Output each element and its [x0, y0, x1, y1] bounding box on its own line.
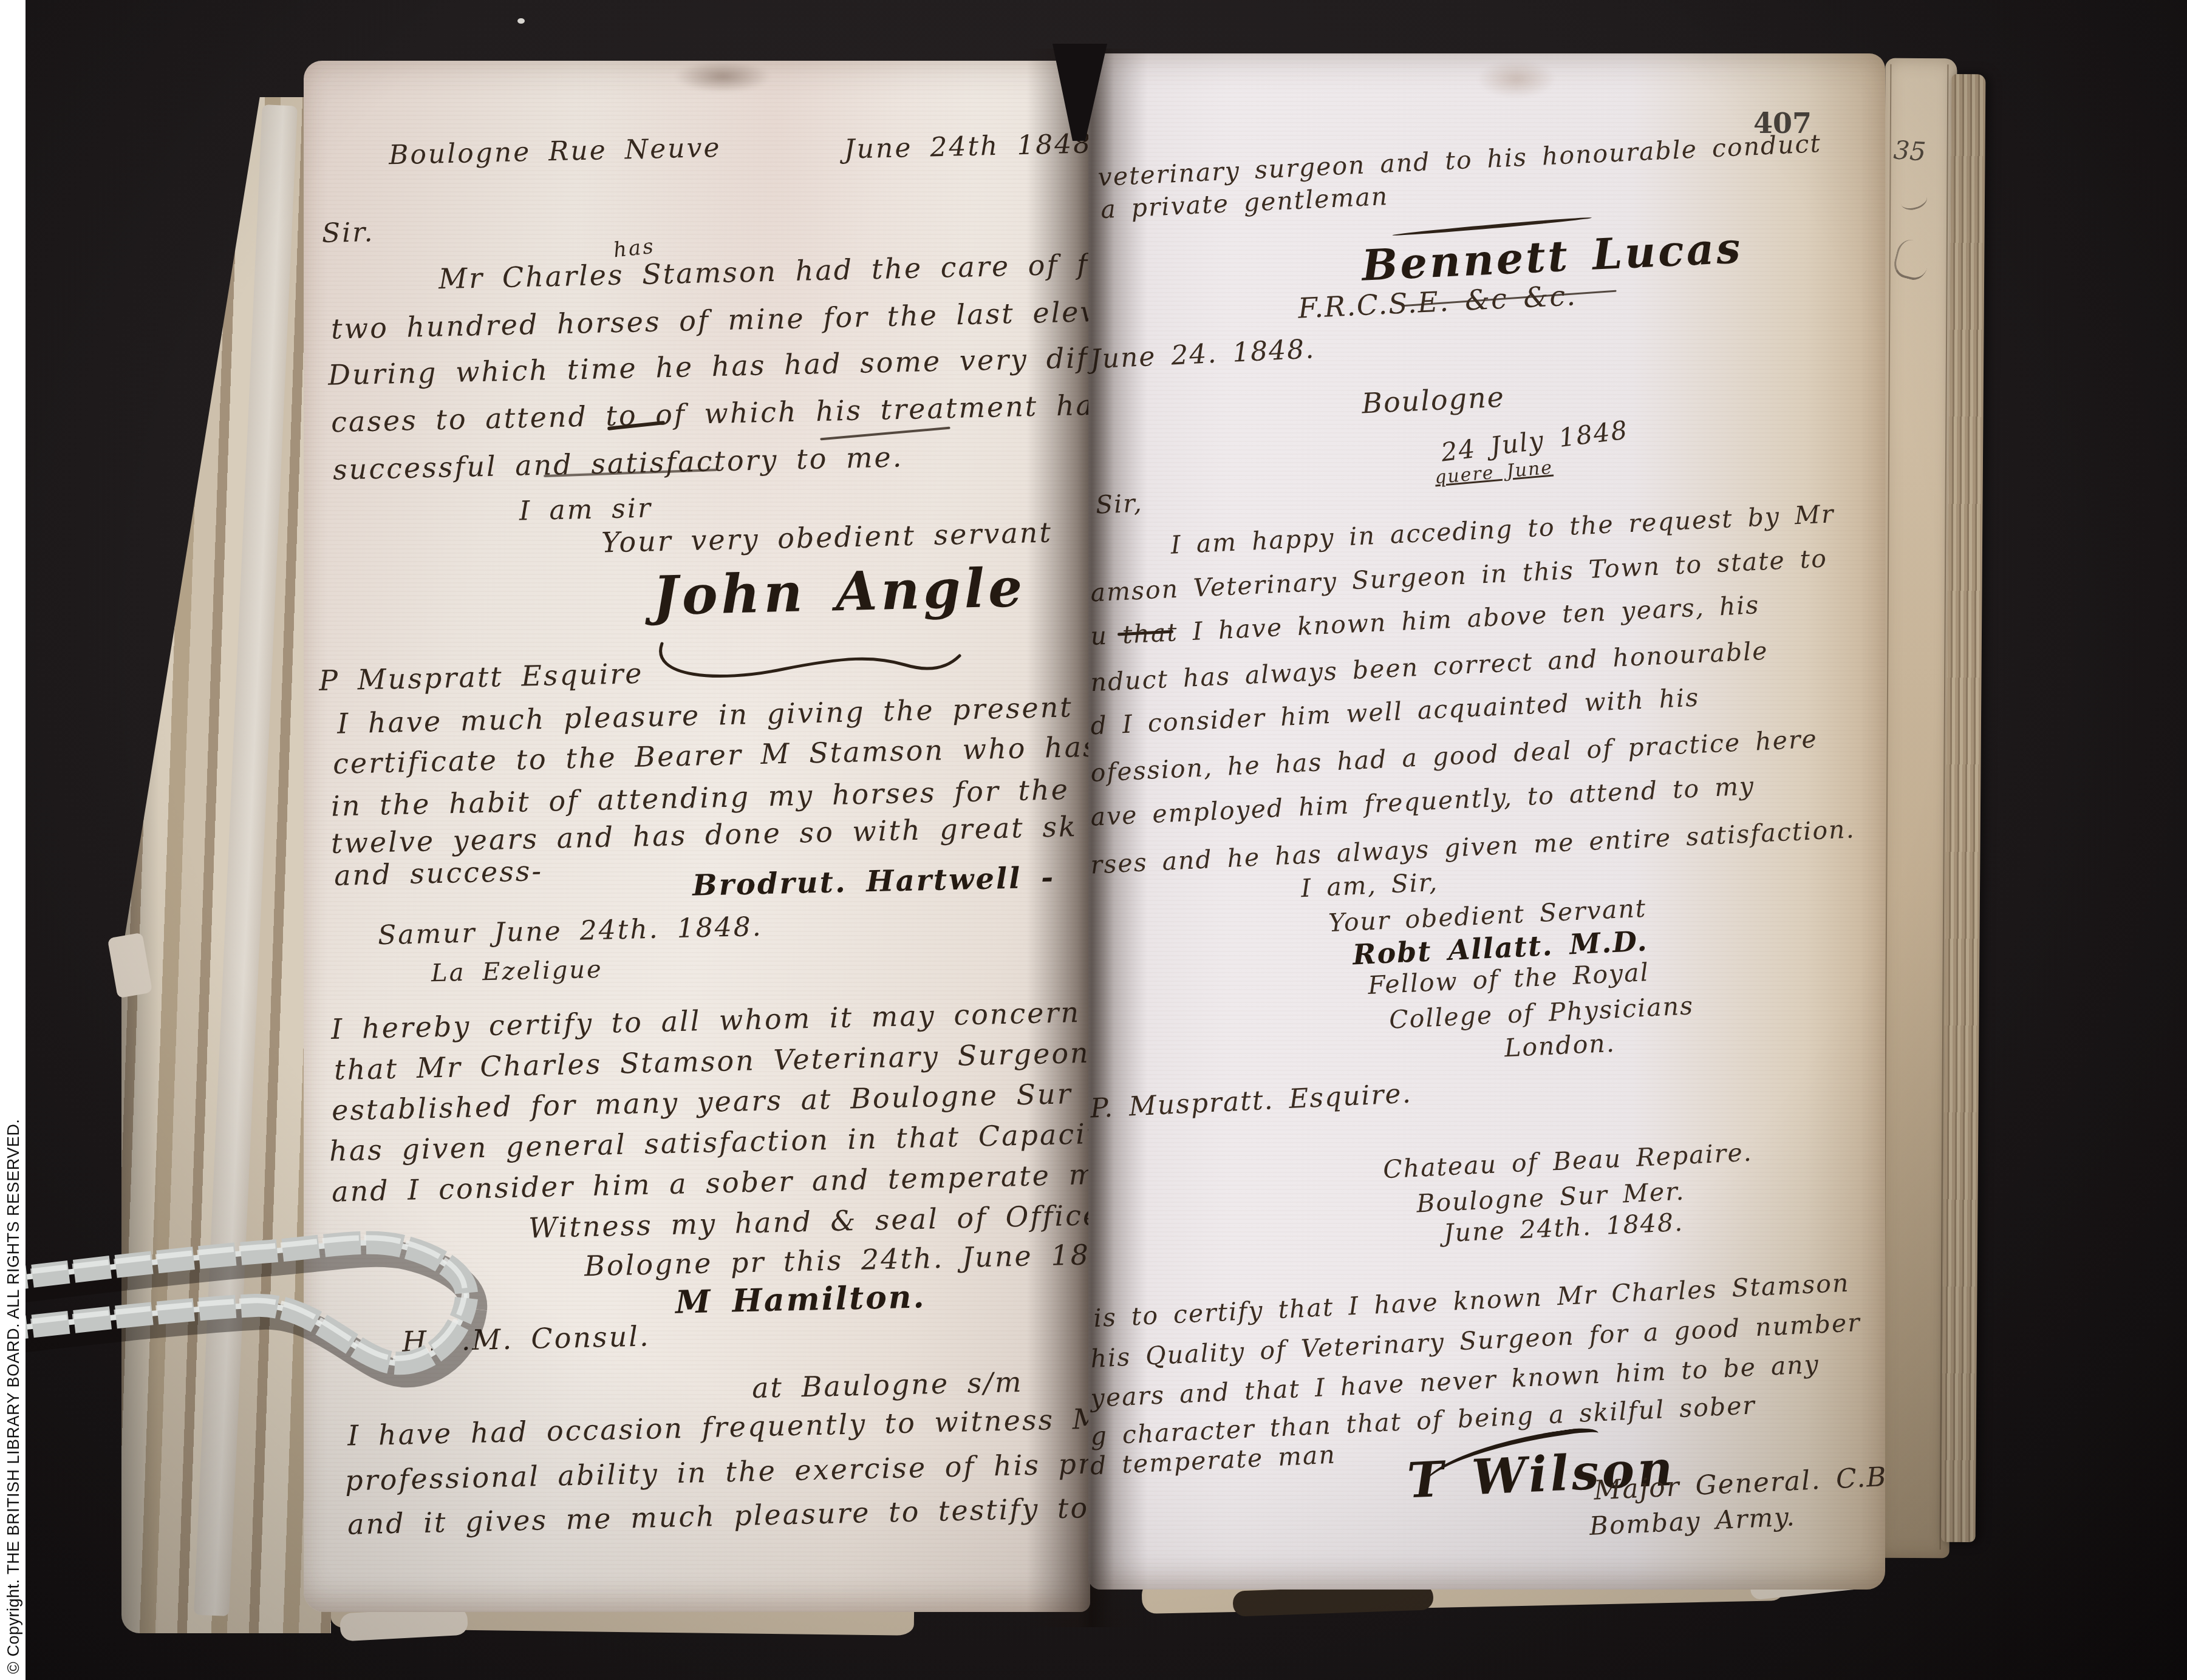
signature-m-hamilton: M Hamilton.	[675, 1281, 926, 1318]
manuscript-line: Mr Charles Stamson had the care of from …	[438, 248, 1090, 293]
salutation: Sir.	[322, 219, 375, 247]
beaded-cord	[0, 1190, 534, 1457]
manuscript-photo: 35 Boulogne Rue Neuve June 24th 1848 Sir…	[0, 0, 2187, 1680]
manuscript-line: successful and satisfactory to me.	[333, 443, 904, 483]
manuscript-line: has given general satisfaction in that C…	[329, 1119, 1090, 1165]
manuscript-line: cases to attend to of which his treatmen…	[331, 391, 1090, 437]
addressee: P Muspratt Esquire	[319, 659, 644, 695]
closing-line: I am, Sir,	[1300, 870, 1439, 902]
address-line: June 24th. 1848.	[1443, 1210, 1684, 1246]
right-page: 407 veterinary surgeon and to his honour…	[1088, 53, 1885, 1590]
manuscript-line: two hundred horses of mine for the last …	[331, 294, 1090, 342]
manuscript-line: During which time he has had some very d…	[328, 343, 1090, 389]
gutter-shadow	[1026, 49, 1148, 1627]
manuscript-line: certificate to the Bearer M Stamson who …	[333, 732, 1090, 778]
manuscript-line: established for many years at Boulogne S…	[332, 1080, 1073, 1124]
manuscript-line: I have much pleasure in giving the prese…	[337, 693, 1074, 737]
manuscript-line: and it gives me much pleasure to testify…	[347, 1491, 1090, 1538]
dateline: Samur June 24th. 1848.	[378, 914, 763, 949]
manuscript-line: that Mr Charles Stamson Veterinary Surge…	[334, 1039, 1090, 1084]
placeline: Boulogne	[1361, 383, 1506, 417]
signature-flourish	[644, 631, 984, 686]
address-line: Chateau of Beau Repaire.	[1382, 1140, 1753, 1183]
signature-brodrut-hartwell: Brodrut. Hartwell -	[692, 863, 1056, 900]
signature-location: at Baulogne s/m	[752, 1368, 1023, 1402]
manuscript-line: veterinary surgeon and to his honourable…	[1097, 131, 1822, 190]
fore-edge-ruled-margin	[1883, 64, 1949, 1549]
manuscript-line: d I consider him well acquainted with hi…	[1090, 685, 1700, 738]
manuscript-line: and success-	[334, 857, 544, 889]
copyright-text: © Copyright. THE BRITISH LIBRARY BOARD. …	[4, 1119, 23, 1674]
signature-bennett-lucas: Bennett Lucas	[1361, 226, 1744, 287]
caret-insertion: has	[612, 236, 656, 261]
ink-stain	[674, 61, 771, 92]
signature-title: London.	[1504, 1031, 1616, 1061]
heading-place: Boulogne Rue Neuve	[389, 135, 722, 169]
manuscript-line: Bologne pr this 24th. June 1848	[584, 1240, 1090, 1280]
manuscript-line: Witness my hand & seal of Office a	[528, 1200, 1090, 1242]
copyright-strip: © Copyright. THE BRITISH LIBRARY BOARD. …	[0, 0, 26, 1680]
paper-stain	[1477, 60, 1556, 98]
closing-line: Your very obedient servant	[601, 519, 1053, 557]
manuscript-line: I hereby certify to all whom it may conc…	[331, 998, 1081, 1043]
dust-speck	[517, 18, 525, 24]
fore-edge-number: 35	[1893, 137, 1927, 165]
ink-underline-treatment	[820, 427, 950, 441]
left-page-bottom-tear-light	[339, 1607, 468, 1642]
closing-line: I am sir	[519, 495, 653, 525]
signature-title: College of Physicians	[1388, 993, 1694, 1033]
signature-corps: Bombay Army.	[1589, 1504, 1796, 1539]
signature-john-angle: John Angle	[652, 560, 1026, 622]
credentials: F.R.C.S.E. &c &c.	[1297, 281, 1577, 322]
placeline: La Ezeligue	[431, 957, 604, 985]
